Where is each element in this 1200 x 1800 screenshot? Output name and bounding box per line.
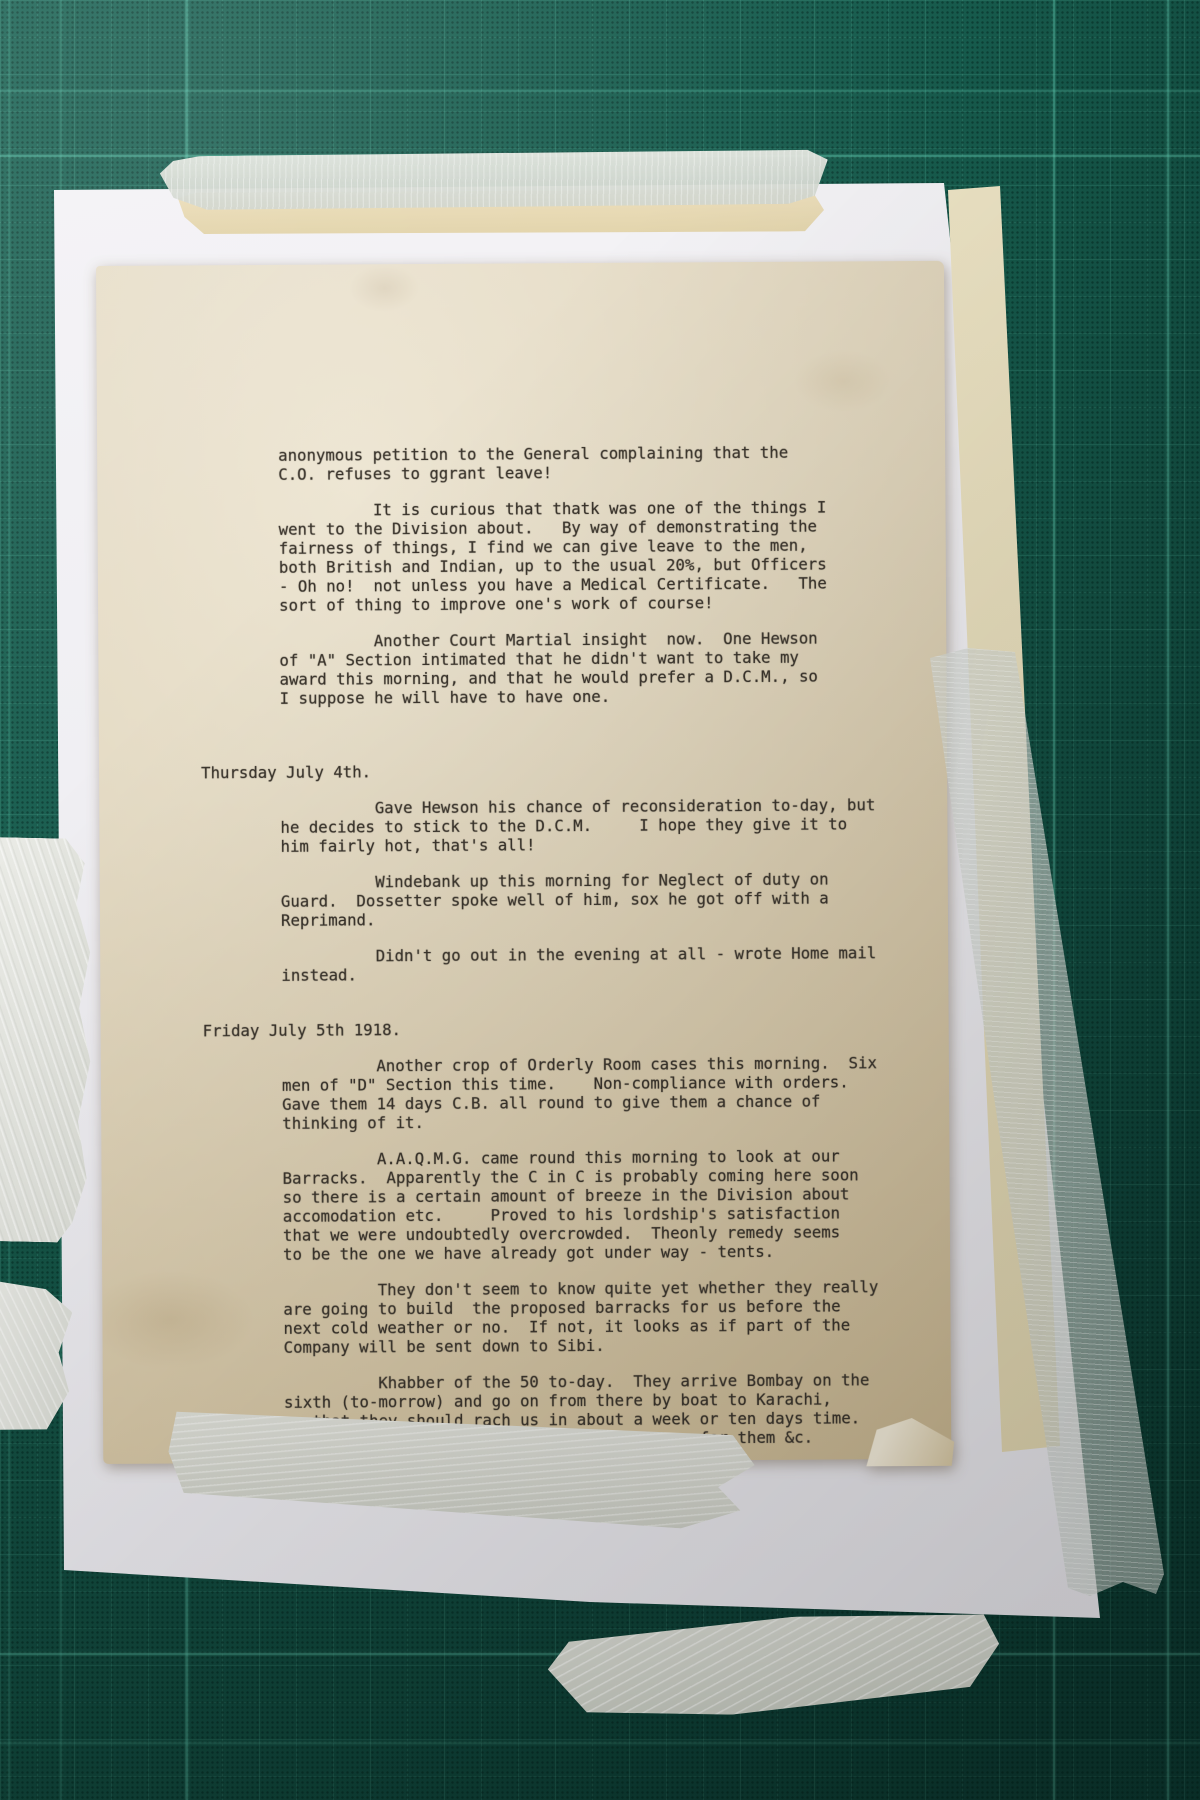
text-line: thinking of it. xyxy=(282,1110,949,1133)
text-block: Thursday July 4th. xyxy=(201,721,947,783)
text-block: Another Court Martial insight now. One H… xyxy=(200,628,946,709)
text-line: Khabber of the 50 to-day. They arrive Bo… xyxy=(284,1370,951,1393)
tape-top-grey xyxy=(160,147,829,212)
photo-scene: anonymous petition to the General compla… xyxy=(0,0,1200,1800)
text-line: sort of thing to improve one's work of c… xyxy=(279,592,946,615)
text-line: so there is a certain amount of breeze i… xyxy=(283,1184,950,1207)
text-block: Didn't go out in the evening at all - wr… xyxy=(202,943,948,986)
text-line: Friday July 5th 1918. xyxy=(203,1017,949,1041)
text-block: It is curious that thatk was one of the … xyxy=(199,497,946,616)
text-line: Didn't go out in the evening at all - wr… xyxy=(281,943,948,966)
text-block: Another crop of Orderly Room cases this … xyxy=(203,1053,949,1134)
text-block: They don't seem to know quite yet whethe… xyxy=(204,1277,950,1358)
typed-page: anonymous petition to the General compla… xyxy=(96,261,951,1464)
text-line: Thursday July 4th. xyxy=(201,759,947,783)
text-line: C.O. refuses to ggrant leave! xyxy=(278,461,945,484)
text-block: Friday July 5th 1918. xyxy=(203,998,949,1041)
text-block: Gave Hewson his chance of reconsideratio… xyxy=(201,795,947,857)
document-text: anonymous petition to the General compla… xyxy=(96,261,951,1464)
text-line: to be the one we have already got under … xyxy=(283,1241,950,1264)
text-block: A.A.Q.M.G. came round this morning to lo… xyxy=(203,1146,950,1265)
text-line: I suppose he will have to have one. xyxy=(280,685,947,708)
text-line: Company will be sent down to Sibi. xyxy=(284,1334,951,1357)
text-line: next cold weather or no. If not, it look… xyxy=(283,1315,950,1338)
text-line: men of "D" Section this time. Non-compli… xyxy=(282,1072,949,1095)
text-line: They don't seem to know quite yet whethe… xyxy=(283,1277,950,1300)
text-block: Windebank up this morning for Neglect of… xyxy=(202,869,948,931)
text-line: him fairly hot, that's all! xyxy=(280,833,947,856)
text-block: anonymous petition to the General compla… xyxy=(199,442,945,485)
